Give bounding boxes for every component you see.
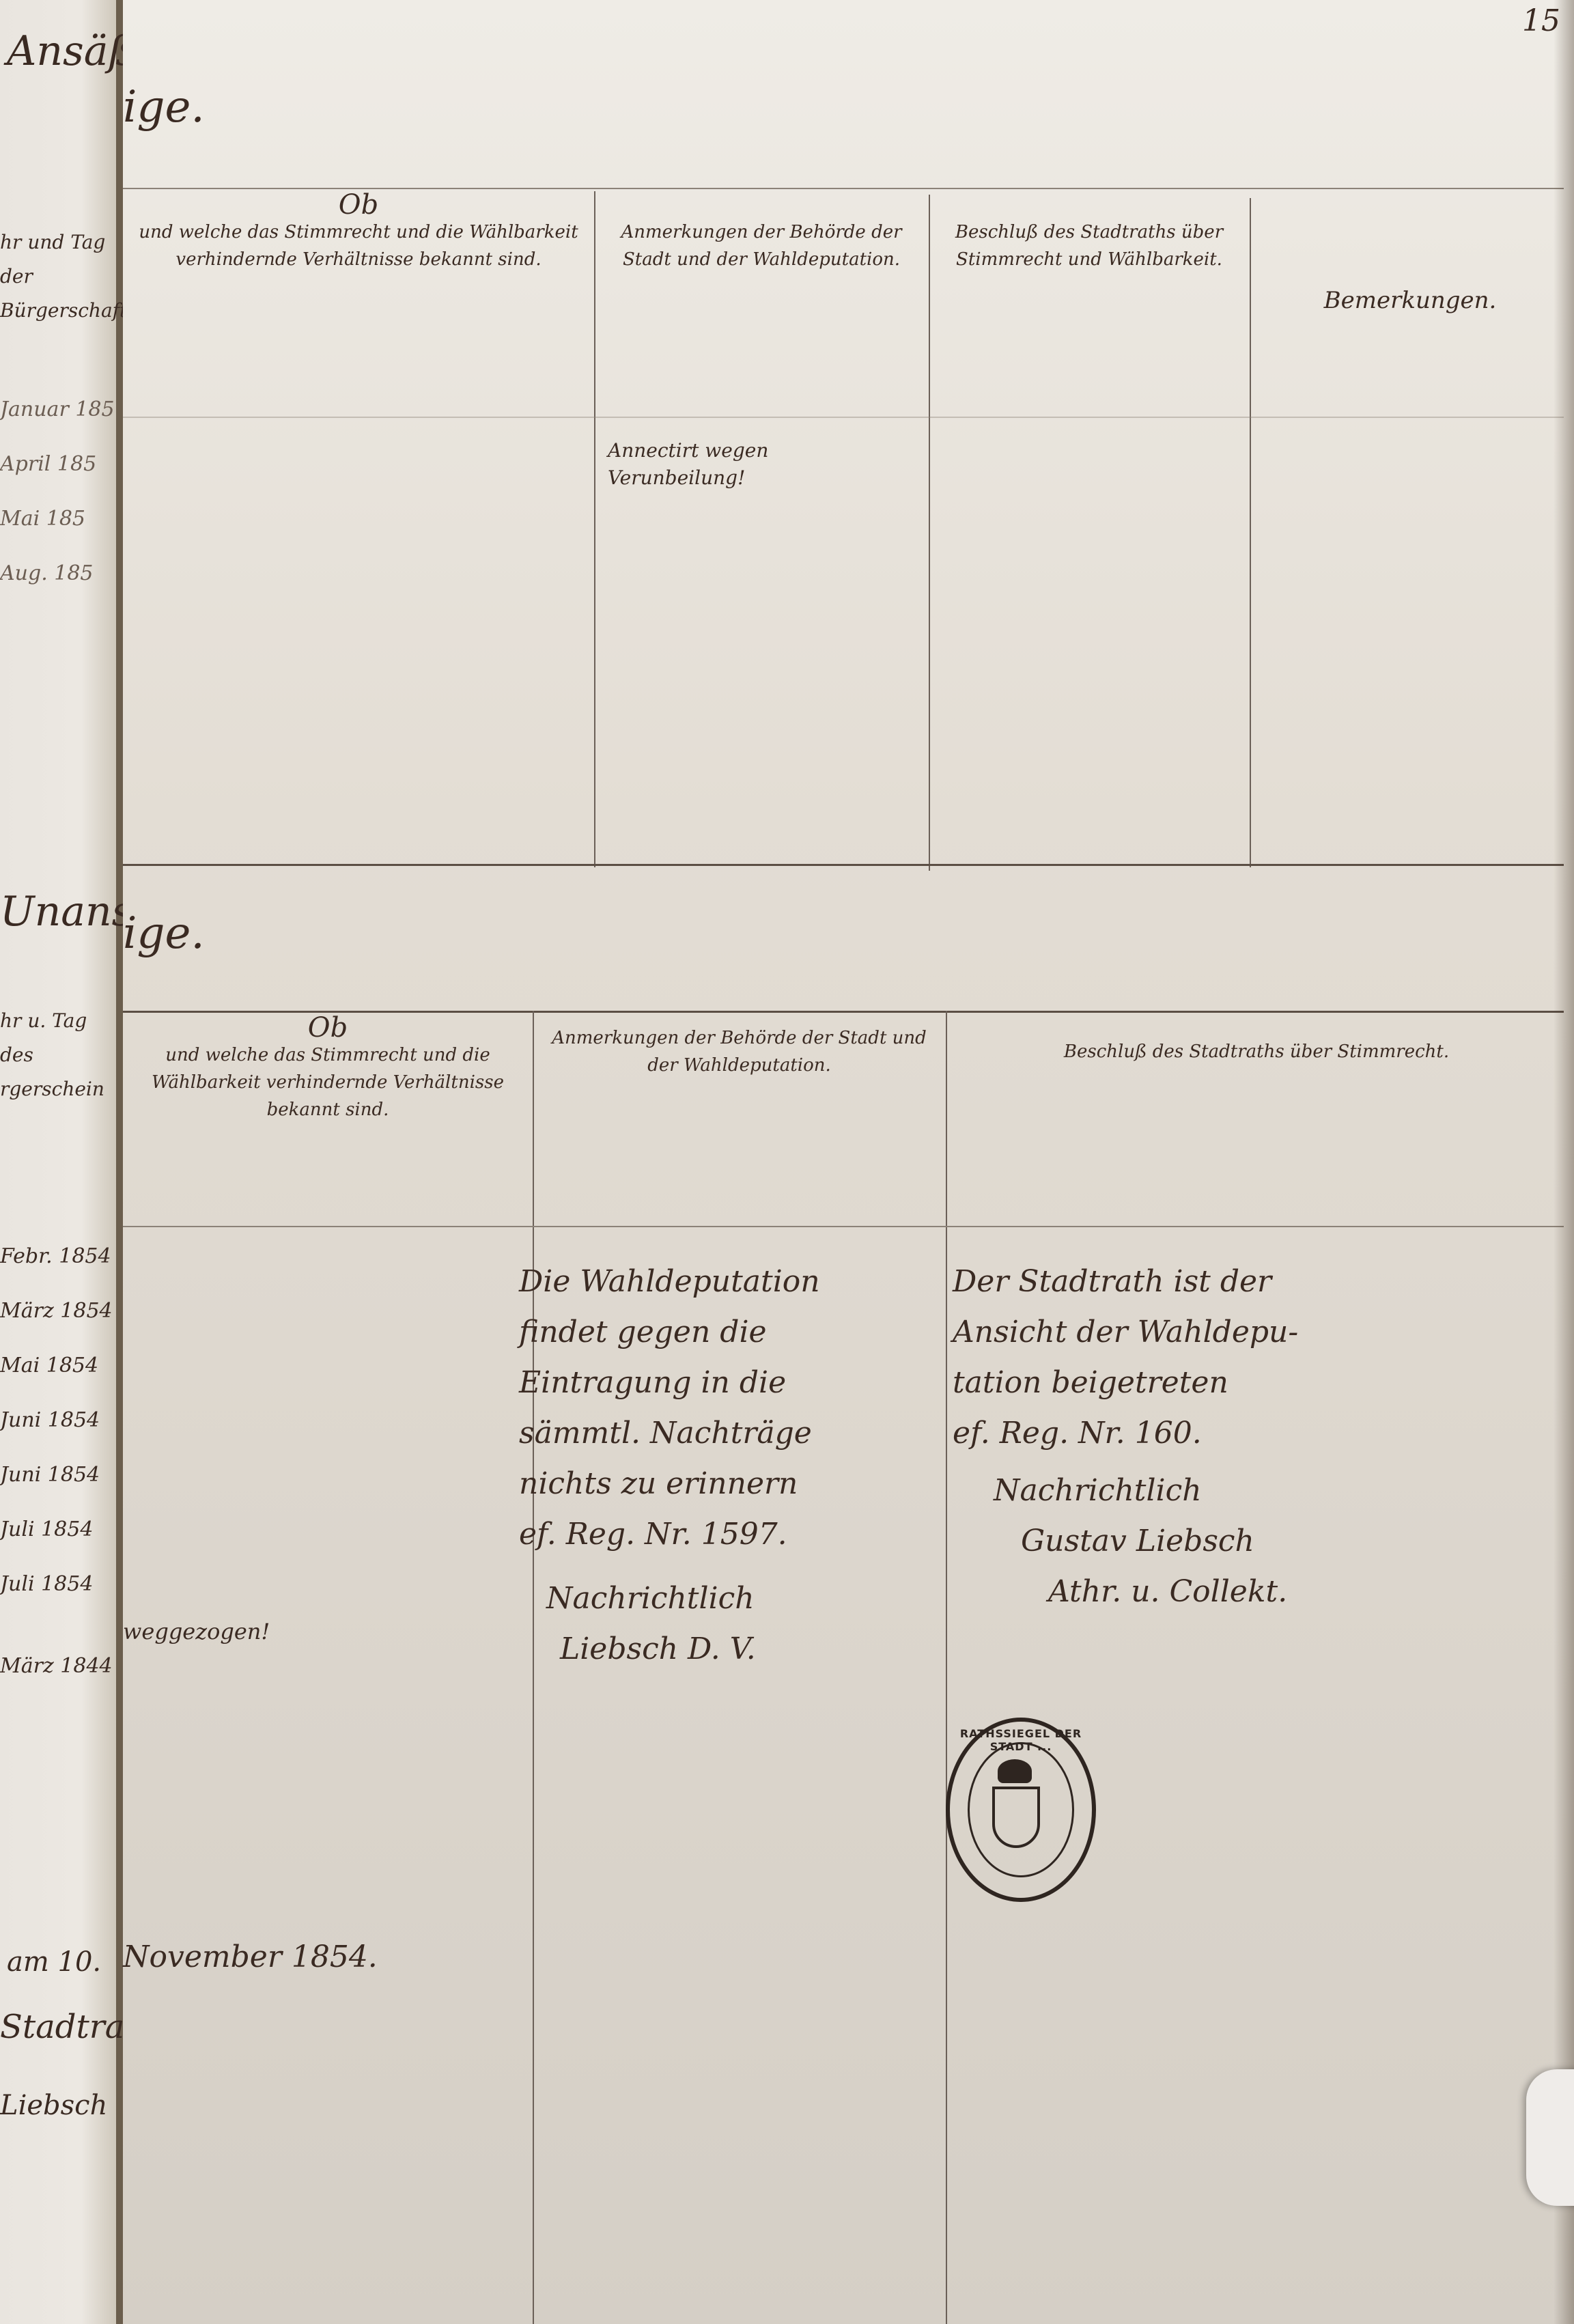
- left-heading-bottom: Unans: [0, 888, 132, 936]
- section-top-title: ige.: [123, 82, 205, 132]
- divider: [929, 195, 930, 871]
- bottom-col3-header: Beschluß des Stadtraths über Stimmrecht.: [953, 1038, 1560, 1065]
- left-closing-date-prefix: am 10.: [7, 1946, 101, 1978]
- closing-date: November 1854.: [123, 1940, 378, 1974]
- top-col1-header: Ob und welche das Stimmrecht und die Wäh…: [130, 191, 587, 273]
- bottom-col1-header: Ob und welche das Stimmrecht und die Wäh…: [130, 1014, 526, 1123]
- left-signature-name: Liebsch: [0, 2090, 107, 2121]
- top-col2-header: Anmerkungen der Behörde der Stadt und de…: [601, 219, 922, 273]
- left-column-fragments-top: hr und Tag der Bürgerschaft: [0, 225, 127, 328]
- bottom-col2-header: Anmerkungen der Behörde der Stadt und de…: [539, 1024, 939, 1079]
- bottom-col2-entry: Die Wahldeputation findet gegen die Eint…: [519, 1257, 956, 1675]
- ledger-page: 15 ige. Ob und welche das Stimmrecht und…: [123, 0, 1574, 2324]
- top-col3-header: Beschluß des Stadtraths über Stimmrecht …: [936, 219, 1243, 273]
- page-edge-shadow: [1554, 0, 1574, 2324]
- official-seal-icon: RATHSSIEGEL DER STADT ...: [946, 1718, 1096, 1902]
- left-column-fragments-bottom: hr u. Tag des rgerschein: [0, 1004, 104, 1106]
- section-bottom-title: ige.: [123, 908, 205, 959]
- divider: [1250, 198, 1251, 867]
- top-col4-header: Bemerkungen.: [1260, 287, 1560, 314]
- left-dates-bottom: Febr. 1854 März 1854 Mai 1854 Juni 1854 …: [0, 1229, 113, 1694]
- header-row-rule: [123, 417, 1564, 418]
- holding-thumb: [1526, 2069, 1574, 2206]
- divider: [594, 191, 595, 867]
- bottom-col3-entry: Der Stadtrath ist der Ansicht der Wahlde…: [953, 1257, 1560, 1617]
- top-row-note: Annectirt wegen Verunbeilung!: [608, 437, 908, 492]
- margin-note-weggezogen: weggezogen!: [123, 1619, 270, 1644]
- crest-icon: [998, 1759, 1032, 1783]
- shield-icon: [992, 1787, 1040, 1848]
- section-divider: [123, 864, 1564, 866]
- left-page-edge: Ansäß hr und Tag der Bürgerschaft Januar…: [0, 0, 123, 2324]
- left-heading-top: Ansäß: [7, 27, 136, 75]
- header-row-rule: [123, 1226, 1564, 1227]
- left-dates-top: Januar 185 April 185 Mai 185 Aug. 185: [0, 382, 115, 601]
